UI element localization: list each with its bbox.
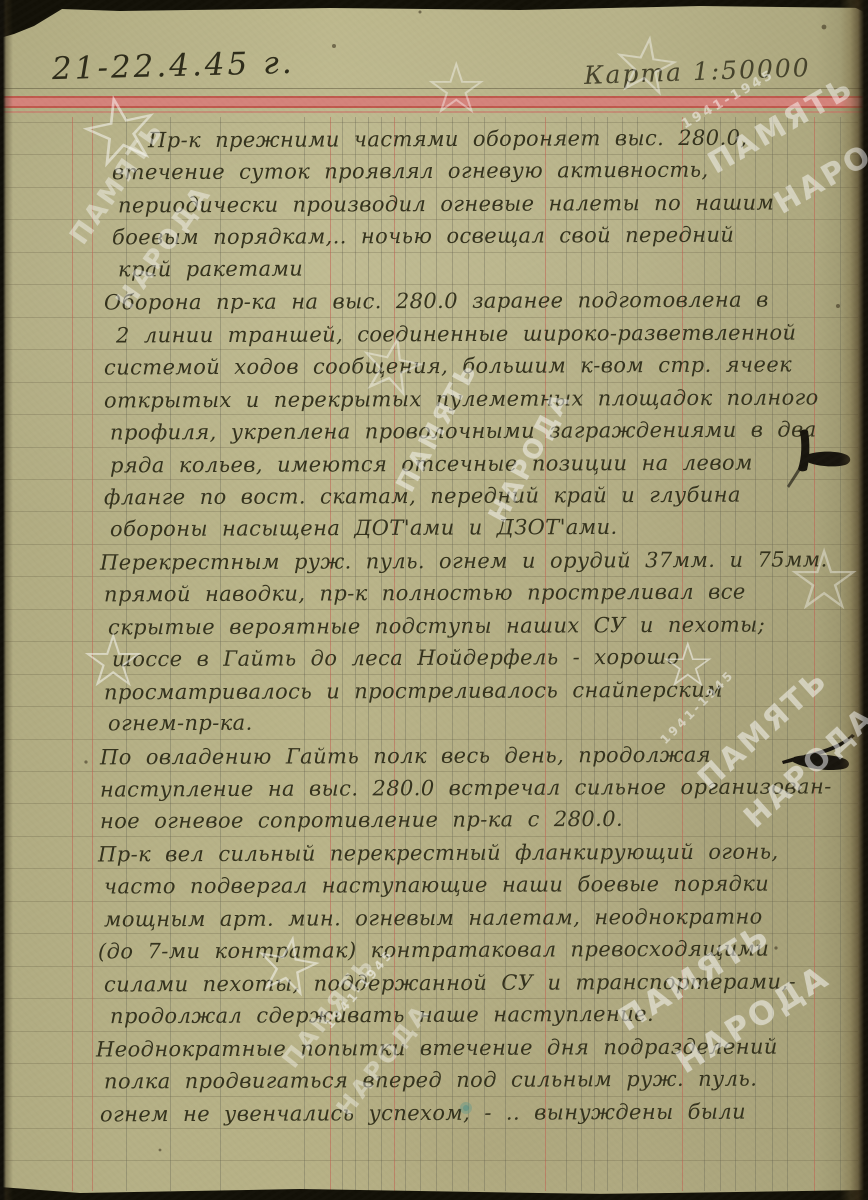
ruled-line-horizontal <box>0 933 858 934</box>
ruled-line-horizontal <box>0 576 858 577</box>
handwritten-line: открытых и перекрытых пулеметных площадо… <box>104 385 819 412</box>
ruled-line-horizontal <box>0 706 858 707</box>
handwritten-line: Оборона пр-ка на выс. 280.0 заранее подг… <box>104 288 769 315</box>
handwritten-line: край ракетами <box>118 256 303 281</box>
ruled-line-horizontal <box>0 284 858 285</box>
handwritten-line: Перекрестным руж. пуль. огнем и орудий 3… <box>100 547 828 574</box>
handwritten-line: часто подвергал наступающие наши боевые … <box>104 872 769 899</box>
document-scan-viewport: { "document": { "type_note": "handwritte… <box>0 0 868 1200</box>
handwritten-line: полка продвигаться вперед под сильным ру… <box>104 1067 757 1094</box>
handwritten-line: продолжал сдерживать наше наступление. <box>110 1002 654 1028</box>
ruled-line-vertical-gray <box>772 117 773 1191</box>
ruled-line-horizontal <box>0 1096 858 1097</box>
red-ruling-thin-line <box>0 111 868 113</box>
handwritten-line: мощным арт. мин. огневым налетам, неодно… <box>104 904 763 931</box>
ruled-line-horizontal <box>0 511 858 512</box>
ruled-line-horizontal <box>0 122 858 123</box>
header-rule-line <box>0 88 868 89</box>
ruled-line-horizontal <box>0 154 858 155</box>
ruled-line-horizontal <box>0 739 858 740</box>
handwritten-line: Неоднократные попытки втечение дня подра… <box>96 1034 778 1061</box>
ruled-line-horizontal <box>0 187 858 188</box>
map-scale-note: Карта 1:50000 <box>584 53 812 90</box>
handwritten-line: прямой наводки, пр-к полностью прострели… <box>104 580 746 607</box>
handwritten-line: огнем-пр-ка. <box>108 711 253 736</box>
handwritten-line: шоссе в Гайть до леса Нойдерфель - хорош… <box>112 645 680 671</box>
ruled-line-horizontal <box>0 447 858 448</box>
handwritten-line: По овладению Гайть полк весь день, продо… <box>100 742 711 769</box>
handwritten-line: наступление на выс. 280.0 встречал сильн… <box>100 774 832 801</box>
ruled-line-horizontal <box>0 317 858 318</box>
ruled-line-vertical-gray <box>787 117 788 1191</box>
ruled-line-horizontal <box>0 382 858 383</box>
handwritten-line: 2 линии траншей, соединенные широко-разв… <box>116 320 797 347</box>
ruled-line-horizontal <box>0 252 858 253</box>
handwritten-line: системой ходов сообщения, большим к-вом … <box>104 353 792 380</box>
ruled-line-horizontal <box>0 414 858 415</box>
handwritten-line: Пр-к вел сильный перекрестный фланкирующ… <box>98 839 779 866</box>
handwritten-line: Пр-к прежними частями обороняет выс. 280… <box>148 126 748 153</box>
ruled-line-horizontal <box>0 1063 858 1064</box>
ruled-line-horizontal <box>0 1193 858 1194</box>
handwritten-line: скрытые вероятные подступы наших СУ и пе… <box>108 612 765 639</box>
ruled-line-horizontal <box>0 803 858 804</box>
ruled-line-vertical-red <box>814 117 815 1191</box>
handwritten-line: огнем не увенчались успехом, - .. вынужд… <box>100 1099 746 1126</box>
scanned-journal-page: 21-22.4.45 г. Карта 1:50000 Пр-к прежним… <box>0 0 868 1200</box>
ruled-line-vertical-gray <box>755 117 756 1191</box>
ruled-line-horizontal <box>0 998 858 999</box>
red-ruling-band <box>0 96 868 108</box>
ruled-line-vertical-gray <box>704 117 705 1191</box>
entry-date: 21-22.4.45 г. <box>52 45 295 87</box>
handwritten-line: профиля, укреплена проволочными загражде… <box>110 418 817 445</box>
ruled-line-horizontal <box>0 1031 858 1032</box>
handwritten-line: просматривалось и простреливалось снайпе… <box>104 677 723 704</box>
ruled-line-vertical-red <box>682 117 683 1191</box>
ruled-line-vertical-gray <box>735 117 736 1191</box>
ruled-line-horizontal <box>0 868 858 869</box>
handwritten-line: (до 7-ми контратак) контратаковал превос… <box>98 937 769 964</box>
handwritten-line: боевым порядкам,.. ночью освещал свой пе… <box>112 223 734 250</box>
ruled-line-horizontal <box>0 349 858 350</box>
ruled-line-horizontal <box>0 641 858 642</box>
ruled-line-horizontal <box>0 966 858 967</box>
ruled-line-horizontal <box>0 771 858 772</box>
handwritten-line: силами пехоты, поддержанной СУ и транспо… <box>104 969 796 996</box>
ruled-line-horizontal <box>0 544 858 545</box>
ruled-line-horizontal <box>0 674 858 675</box>
handwritten-line: обороны насыщена ДОТ'ами и ДЗОТ'ами. <box>110 515 618 541</box>
handwritten-line: фланге по вост. скатам, передний край и … <box>104 483 741 510</box>
handwritten-line: ное огневое сопротивление пр-ка с 280.0. <box>100 807 623 833</box>
ruled-line-horizontal <box>0 901 858 902</box>
handwritten-line: ряда кольев, имеются отсечные позиции на… <box>110 450 753 477</box>
ruled-line-horizontal <box>0 479 858 480</box>
ruled-line-vertical-red <box>92 117 93 1191</box>
ruled-line-horizontal <box>0 1160 858 1161</box>
left-scan-edge <box>0 0 13 1200</box>
ruled-line-horizontal <box>0 609 858 610</box>
ruled-line-vertical-gray <box>720 117 721 1191</box>
handwritten-line: втечение суток проявлял огневую активнос… <box>112 158 709 185</box>
ruled-line-horizontal <box>0 836 858 837</box>
handwritten-line: периодически производил огневые налеты п… <box>118 190 774 217</box>
ruled-line-horizontal <box>0 219 858 220</box>
right-scan-edge <box>840 0 868 1200</box>
ruled-line-vertical-red <box>72 117 73 1191</box>
ruled-line-horizontal <box>0 1128 858 1129</box>
